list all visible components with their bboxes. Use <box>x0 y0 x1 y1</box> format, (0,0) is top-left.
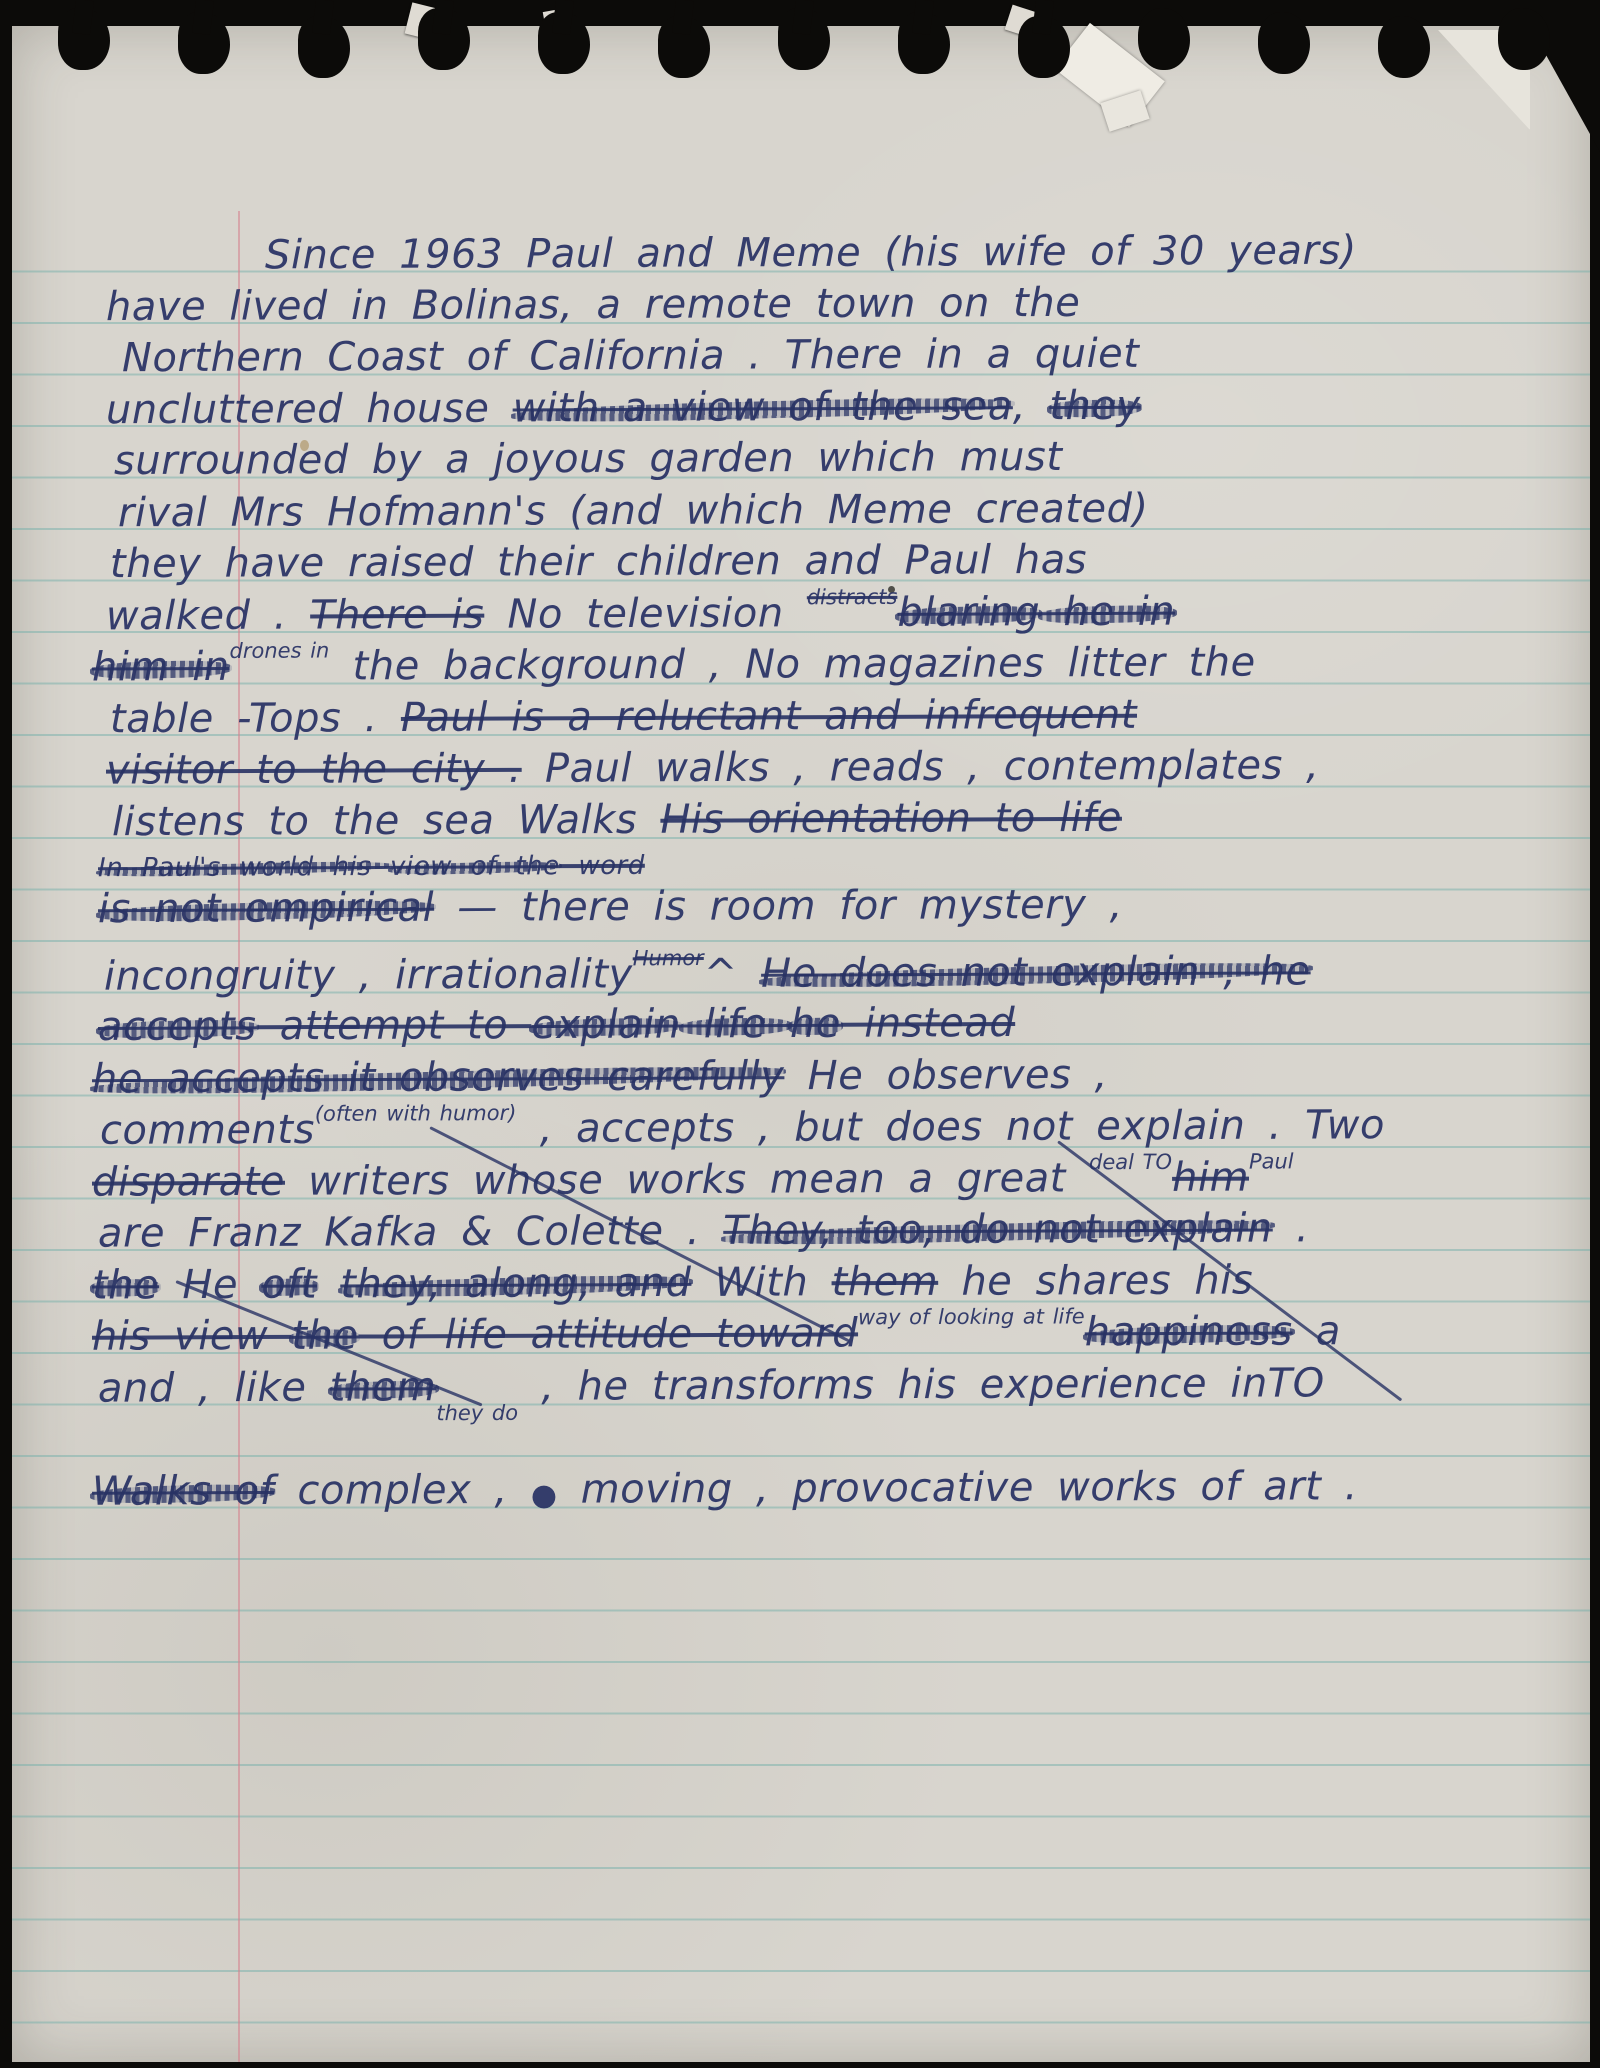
spiral-binding-hole <box>1378 16 1430 78</box>
manuscript-line: they have raised their children and Paul… <box>110 537 1087 587</box>
struck-text: Walks of <box>92 1468 274 1515</box>
handwritten-text: ^ <box>704 951 761 997</box>
struck-text: attempt to <box>256 1002 531 1049</box>
struck-text: the <box>92 1262 159 1308</box>
inserted-text: Paul <box>1249 1138 1294 1184</box>
manuscript-line: have lived in Bolinas, a remote town on … <box>106 280 1080 330</box>
struck-text: He does not explain , he <box>761 948 1311 996</box>
struck-text: His orientation to life <box>660 795 1122 843</box>
struck-text: oft <box>261 1262 317 1308</box>
handwritten-text: have lived in Bolinas, a remote town on … <box>106 280 1080 330</box>
handwritten-text: a <box>1293 1308 1341 1354</box>
struck-text: him in <box>92 644 230 691</box>
handwritten-text: , he transforms his experience inTO <box>518 1360 1325 1410</box>
manuscript-line: Walks of complex , ● moving , provocativ… <box>92 1463 1358 1519</box>
handwritten-text: moving , provocative works of art . <box>557 1463 1357 1512</box>
inserted-text: way of looking at life <box>858 1293 1085 1340</box>
manuscript-line: rival Mrs Hofmann's (and which Meme crea… <box>118 486 1149 536</box>
struck-text: instead <box>841 1000 1015 1047</box>
handwritten-text: incongruity , irrationality <box>104 951 633 999</box>
manuscript-line: visitor to the city . Paul walks , reads… <box>106 742 1319 793</box>
handwritten-text: the background , No magazines litter the <box>329 639 1256 689</box>
struck-text: They, too, do not explain <box>723 1206 1273 1254</box>
ink-blot: ● <box>531 1473 558 1519</box>
struck-text: they, along, and <box>340 1260 691 1308</box>
inserted-text: they do <box>436 1390 518 1436</box>
struck-text: him <box>1172 1155 1249 1201</box>
struck-text: explain <box>531 1001 680 1048</box>
inserted-text: deal TO <box>1089 1139 1172 1185</box>
struck-text: he in <box>1040 589 1175 636</box>
struck-text: accepts <box>98 1003 257 1050</box>
manuscript-line: surrounded by a joyous garden which must <box>114 434 1063 484</box>
struck-text: Paul is a reluctant and infrequent <box>401 692 1137 741</box>
handwritten-text: table -Tops . <box>110 695 401 742</box>
manuscript-line: and , like themthey do , he transforms h… <box>98 1360 1325 1417</box>
manuscript-line: listens to the sea Walks His orientation… <box>112 795 1122 845</box>
manuscript-line: Northern Coast of California . There in … <box>122 331 1140 381</box>
handwritten-text: . <box>1273 1205 1310 1251</box>
handwritten-text: Northern Coast of California . There in … <box>122 331 1140 381</box>
manuscript-line: incongruity , irrationalityHumor^ He doe… <box>104 948 1311 1005</box>
manuscript-line: him indrones in the background , No maga… <box>92 639 1256 696</box>
handwritten-text <box>317 1261 340 1307</box>
handwritten-text: He <box>159 1262 261 1308</box>
struck-text: his view <box>92 1313 292 1360</box>
handwritten-text: comments <box>100 1107 315 1154</box>
struck-text: There is <box>310 592 484 639</box>
scanned-notebook-photo: Since 1963 Paul and Meme (his wife of 30… <box>0 0 1600 2068</box>
struck-text: word <box>560 851 645 881</box>
struck-text: them <box>330 1364 437 1410</box>
manuscript-line: table -Tops . Paul is a reluctant and in… <box>110 692 1137 742</box>
struck-text: of life attitude toward <box>358 1310 858 1358</box>
struck-text: view of the <box>390 851 560 882</box>
struck-text: with a view of the sea <box>513 383 1013 431</box>
struck-text: blaring <box>897 589 1040 636</box>
struck-text: life <box>681 1001 791 1047</box>
handwritten-text: With <box>691 1259 831 1306</box>
handwritten-text: rival Mrs Hofmann's (and which Meme crea… <box>118 486 1149 536</box>
struck-text: In Paul's world his <box>98 852 390 883</box>
inserted-text: Humor <box>633 935 704 981</box>
handwritten-text: uncluttered house <box>106 385 513 433</box>
manuscript-line: uncluttered house with a view of the sea… <box>106 383 1141 434</box>
inserted-text: (often with humor) <box>315 1090 517 1137</box>
manuscript-line: In Paul's world his view of the word <box>98 851 645 883</box>
handwritten-text: surrounded by a joyous garden which must <box>114 434 1063 484</box>
handwritten-text: listens to the sea Walks <box>112 797 661 845</box>
manuscript-line: is not empirical — there is room for mys… <box>98 882 1123 932</box>
spiral-binding-hole <box>1258 12 1310 74</box>
struck-text: he <box>790 1001 841 1047</box>
manuscript-line: are Franz Kafka & Colette . They, too, d… <box>98 1205 1309 1256</box>
manuscript-line: Since 1963 Paul and Meme (his wife of 30… <box>265 228 1357 279</box>
handwritten-text: — there is room for mystery , <box>434 882 1123 931</box>
handwritten-text: complex , <box>274 1467 531 1514</box>
struck-text: is not empirical <box>98 885 434 932</box>
handwritten-text: Paul walks , reads , contemplates , <box>522 742 1320 791</box>
handwritten-text: writers whose works mean a great <box>285 1155 1089 1205</box>
manuscript-line: comments(often with humor) , accepts , b… <box>100 1102 1385 1160</box>
handwritten-text: , <box>1013 383 1050 429</box>
struck-text: the <box>291 1313 358 1359</box>
handwritten-text: and , like <box>98 1365 330 1412</box>
handwritten-text: No television <box>484 590 807 637</box>
struck-text: disparate <box>92 1159 285 1206</box>
spiral-binding-hole <box>1498 8 1550 70</box>
manuscript-line: he accepts it observes carefully He obse… <box>92 1052 1108 1102</box>
handwritten-text: are Franz Kafka & Colette . <box>98 1208 723 1257</box>
struck-text: visitor to the city . <box>106 746 522 794</box>
manuscript-line: accepts attempt to explain life he inste… <box>98 1000 1015 1050</box>
handwritten-text: He observes , <box>784 1052 1108 1099</box>
inserted-text: distracts <box>807 574 898 620</box>
manuscript-line: his view the of life attitude towardway … <box>92 1308 1341 1365</box>
handwritten-text: they have raised their children and Paul… <box>110 537 1087 587</box>
inserted-text: drones in <box>229 628 329 674</box>
handwritten-text: Since 1963 Paul and Meme (his wife of 30… <box>265 228 1357 279</box>
spiral-binding-hole <box>1138 8 1190 70</box>
struck-text: they <box>1049 383 1141 429</box>
manuscript-line: disparate writers whose works mean a gre… <box>92 1154 1294 1211</box>
struck-text: happiness <box>1085 1308 1293 1355</box>
